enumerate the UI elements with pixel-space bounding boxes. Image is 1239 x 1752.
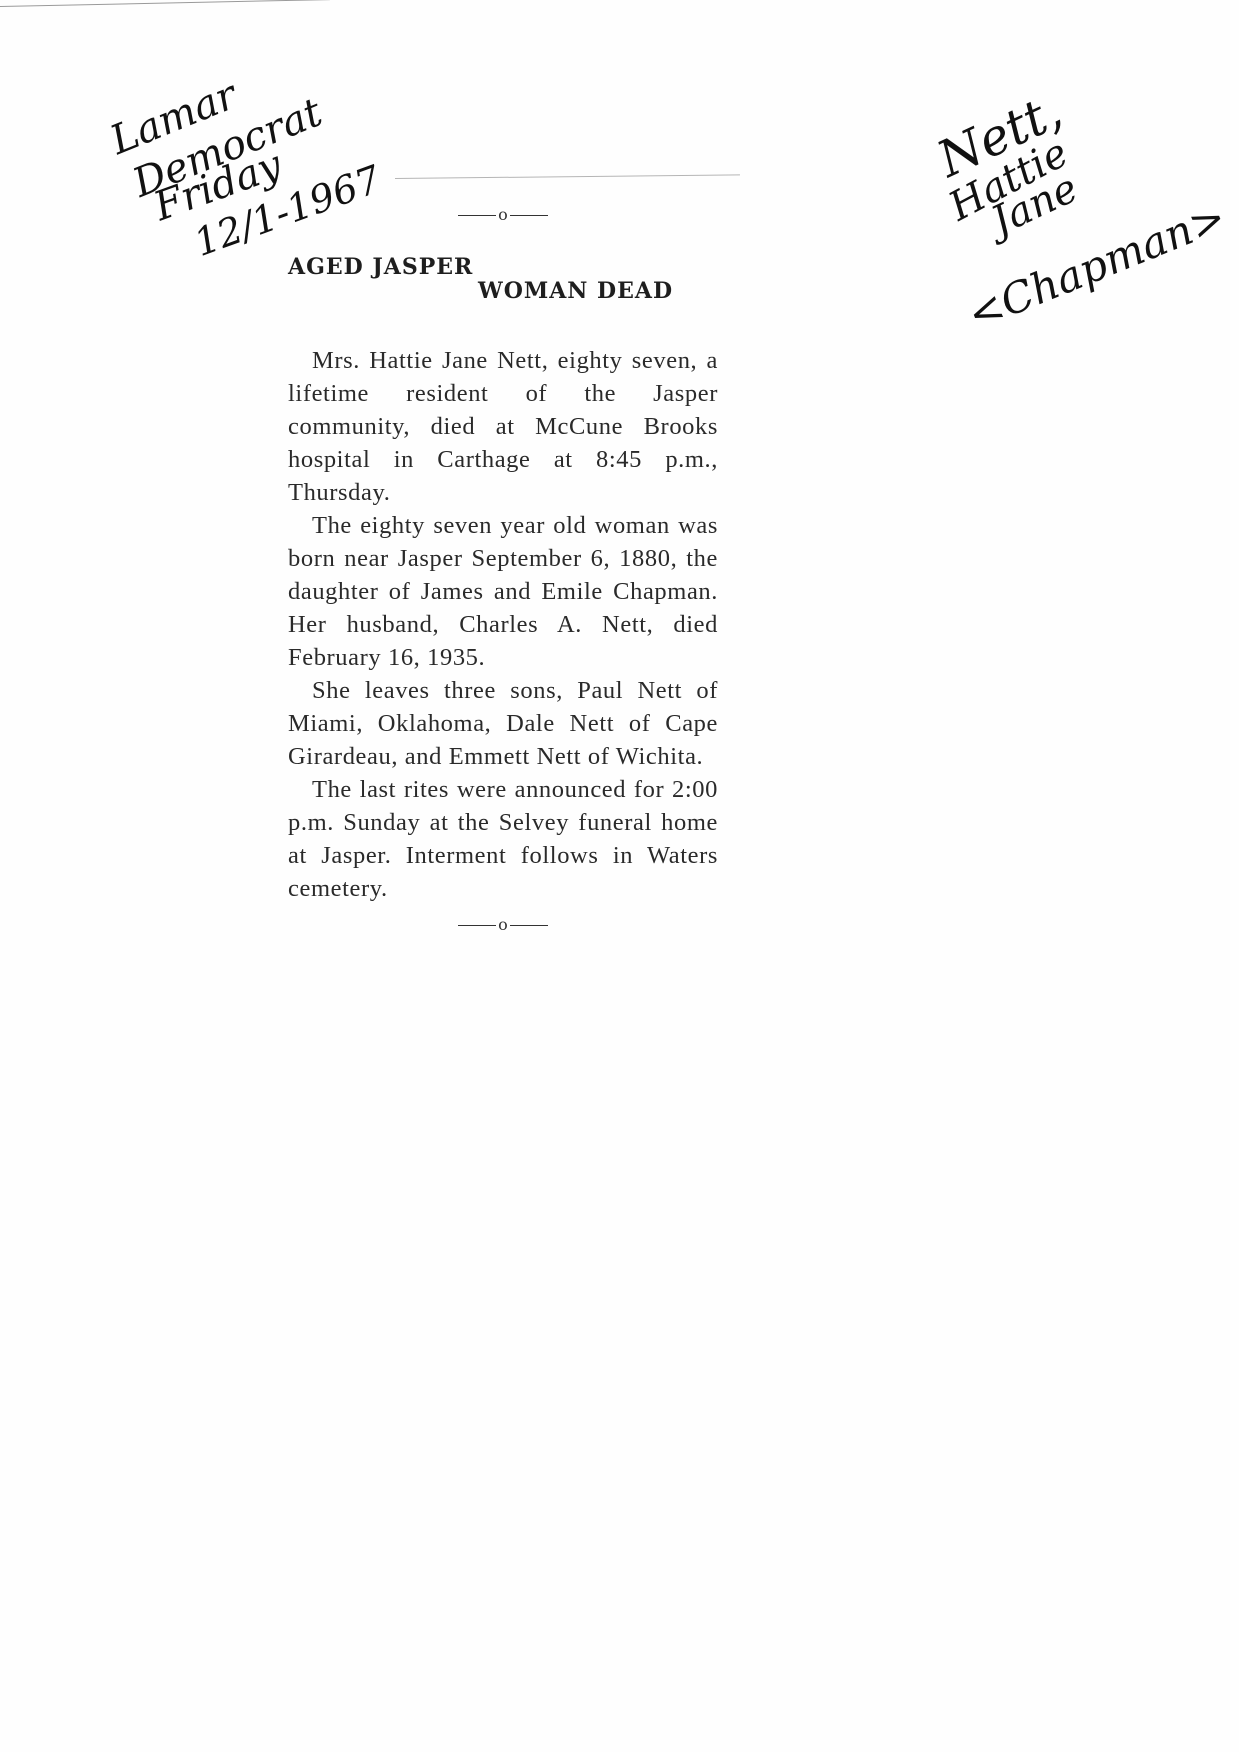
scan-edge-line [0,0,330,7]
newspaper-clipping: o AGED JASPER WOMAN DEAD Mrs. Hattie Jan… [288,205,718,934]
article-body: Mrs. Hattie Jane Nett, eighty seven, a l… [288,344,718,905]
separator-top: o [288,205,718,224]
paragraph: The last rites were announced for 2:00 p… [288,773,718,905]
paragraph: The eighty seven year old woman was born… [288,509,718,674]
paragraph: Mrs. Hattie Jane Nett, eighty seven, a l… [288,344,718,509]
clipping-cut-line [395,174,740,179]
paragraph: She leaves three sons, Paul Nett of Miam… [288,674,718,773]
headline-line-1: AGED JASPER [288,254,718,280]
separator-bottom: o [288,915,718,934]
headline-line-2: WOMAN DEAD [478,278,718,304]
